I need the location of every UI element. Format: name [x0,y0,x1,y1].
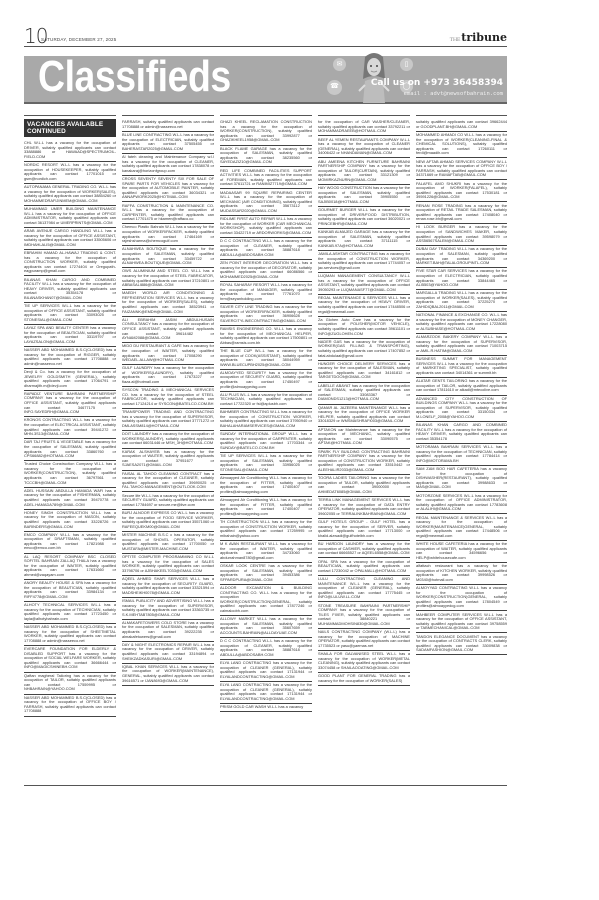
column-3: GHAZI KHEEL RECLAMATION CONSTRUCTION has… [220,115,312,790]
classified-ad: Devji & Co. has a vacancy for the occupa… [24,369,116,391]
classified-ad: NORDIC RESORT W.L.L has a vacancy for th… [24,162,116,184]
classified-ad: TRANSPOWER TRADING AND CONTRACTING has a… [122,409,214,431]
tribune-logo: THEtribune [450,31,507,44]
classified-ad: TERRA LINK MANAGEMENT SERVICES W.L.L has… [318,497,410,519]
classified-ad: MARGALLA TRADING W.L.L has a vacancy for… [416,290,507,312]
classified-ad: ALHOTY TECHNICAL SERVICES W.L.L has a va… [24,602,116,624]
classified-ad: TIE UP SERVICES W.L.L has a vacancy for … [24,303,116,325]
classified-ad: BLACK FLAME GARAGE has a vacancy for the… [220,146,312,168]
divider [220,115,312,116]
logo-prefix: THE [450,37,460,43]
classified-ad: RENAN ROSE TRADING has a vacancy for the… [416,202,507,224]
classified-ad: EBRAHIM HAMAD AL-HAWAJ TRADING & CONT. h… [24,250,116,277]
ad-list: suitably qualified applicants can contac… [416,119,507,655]
classified-ad: KARAK ALSHAYEB has a vacancy for the occ… [122,449,214,471]
classified-ad: RAPADIZ VENTURE BAHRAINI PARTNERSHIP COM… [24,391,116,418]
classified-ad: RIDLIME FIRST AUTO REPAIR W.L.L has a va… [220,216,312,238]
classified-ad: MOTORZONE SERVICES W.L.L has a vacancy f… [416,492,507,514]
classified-ad: ALMOYYAD CONTRACTING W.L.L has a vacancy… [416,585,507,612]
classified-ad: SYSCON TRADING & MECHANICAL SERVICES CO.… [122,387,214,409]
classified-ad: LULU CONTRACTING CLEANING AND MAINTENANC… [318,576,410,603]
classified-ad: ALMARZOOK BAKERY COMPANY W.L.L has a vac… [416,334,507,356]
classified-ad: alfattach restaurant has a vacancy for t… [416,563,507,585]
classified-ad: Almoayyed Air Conditioning W.L.L has a v… [220,497,312,519]
classified-ad: TH CONSTRUCTION W.L.L has a vacancy for … [220,519,312,541]
classified-ad: STONE TREASURE BAHRAINI PARTNERSHIP COMP… [318,602,410,629]
classified-ad: THE BLUE CUP W.L.L has a vacancy for the… [220,348,312,370]
classified-ad: NASSER ABD MOHAMMED B.S.C(CLOSED) has a … [24,695,116,717]
classified-ad: MOHAMMED AHMADI CO W.L.L has a vacancy f… [416,132,507,159]
envelope-icon: ✉ [333,58,346,71]
classified-ad: LAYAZ SPA AND BEAUTY CENTER has a vacanc… [24,325,116,347]
classified-ad: HUNGER CHOICE DELIVERY SERVICES has a va… [318,361,410,383]
classified-ad: RED LIFE COMBINED FACILITIES SUPPORT ACT… [220,167,312,189]
classified-ad: SHAILA FOR GALVANISED STEEL W.L.L has a … [318,651,410,673]
classified-ad: SAM ZAM BOO HAR CAFETERIA has a vacancy … [416,466,507,493]
classified-ad: NADER GAS has a vacancy for the occupati… [318,339,410,361]
classified-ad: EVERCARE FOUNDATION FOR ELDERLY & DISABL… [24,646,116,673]
page-header: 10 SATURDAY, DECEMBER 27, 2025 THEtribun… [24,28,507,47]
classified-ad: ABU AMEENA KITCHEN FURNITURE BAHRAINI PA… [318,158,410,185]
classified-ad: SPARK FLY BUILDING CONTRACTING BAHRAINI … [318,449,410,476]
classified-ad: GOOD PLANT FOR GENERAL TRADING has a vac… [318,673,410,686]
classified-ad: GULF HOTELS GROUP - GULF HOTEL has a vac… [318,519,410,541]
classified-ad: Qaftan magheral Tailoring has a vacancy … [24,673,116,695]
classified-ad: GOURMET BURGER W.L.L has a vacancy for t… [318,207,410,229]
ad-list: CHL W.L.L has a vacancy for the occupati… [24,140,116,717]
classified-ad: Al fateh cleaning and Maintenance Compan… [122,154,214,176]
classified-ad: ADEL HUSSAIN ABDULLA HAMADA WAFI has a v… [24,488,116,510]
classified-ad: RAFFA CONSTRUCTION & MAINTENANCE CO. W.L… [122,202,214,224]
classified-ad: M K AVAN RESTAURANT W.L.L has a vacancy … [220,541,312,563]
classified-ad: CROSS SEVENTY SEVENTY SIX FOR SALE OF SP… [122,176,214,203]
section-heading: VACANCIES AVAILABLE CONTINUED [24,119,116,137]
classified-ad: NAILS CONTRACTING COMPANY (W.L.L) has a … [318,629,410,651]
classified-ad: OPAL SPA has a vacancy for the occupatio… [318,558,410,575]
classified-ad: GULF LAUNDRY has a vacancy for the occup… [122,365,214,387]
classified-ad: SUNDAY INTERNATIONAL GROUP W.L.L has a v… [220,431,312,453]
logo-text: tribune [461,31,507,44]
classified-ad: AQEEL AHMED SHAFI SERVICES W.L.L has a v… [122,576,214,598]
classified-ad: TOORA LADIES TAILORING has a vacancy for… [318,475,410,497]
classified-ad: IQBAL KHAN SERVICES W.L.L has a vacancy … [122,664,214,686]
ad-list: GHAZI KHEEL RECLAMATION CONSTRUCTION has… [220,119,312,712]
classified-ad: RAMSIS ENGINEERING CO. W.L.L has a vacan… [220,326,312,348]
bottom-divider [24,785,507,786]
classified-ad: BURJ ALNOOR EXPRESS CO W.L.L has a vacan… [122,510,214,532]
divider [122,115,214,116]
classified-columns: VACANCIES AVAILABLE CONTINUED CHL W.L.L … [24,115,507,785]
classifieds-banner: Classifieds ✉ ☎ ▯ ◯ Call us on +973 3645… [24,56,507,104]
classified-ad: KANKAB ALMAJED GARAGE has a vacancy for … [318,229,410,251]
divider [416,115,507,116]
classified-ad: PRISM GOLD CAR WASH W.L.L has a vacancy [220,704,312,712]
classified-ad: BILANAS KHAN CARGO AND COMBINED FACILITY… [24,276,116,303]
classified-ad: WHITE HOUSE CAFETERIA has a vacancy for … [416,541,507,563]
classified-ad: Za Glohen Auto Care has a vacancy for th… [318,317,410,339]
classified-ad: NASSER ABD MOHAMMED B.S.C(CLOSED) has a … [24,347,116,369]
call-us-phone[interactable]: Call us on +973 36458394 [371,78,503,88]
column-1: VACANCIES AVAILABLE CONTINUED CHL W.L.L … [24,115,116,790]
classified-ad: Chemco Plastic Bahrain W.L.L has a vacan… [122,224,214,246]
classified-ad: LABELLE ABAYAT has a vacancy for the occ… [318,383,410,405]
classified-ad: BAHMBER CONTRACTING W.L.L has a vacancy … [220,409,312,431]
classified-ad: DUBAI DAY TRADING W.L.L has a vacancy fo… [416,246,507,268]
classified-ad: ROYAL SAHARAY RESORT W.L.L has a vacancy… [220,282,312,304]
classified-ad: NATIONAL FINANCE & EXCHANGE CO. W.L.L ha… [416,312,507,334]
classified-ad: Trusted Choice Construction Company W.L.… [24,461,116,488]
classified-ad: DAY & NIGHT ELECTRONICS REPAIR W.L.L has… [122,642,214,664]
classified-ad: FALAFEL AMO SHUKRI has a vacancy for the… [416,180,507,202]
classified-ad: HONEY SINGH CONSTRUCTION W.L.L has a vac… [24,510,116,532]
ad-list: for the occupation of CAR WASHER/CLEANER… [318,119,410,686]
page-number: 10 [24,24,47,48]
classified-ad: ALMOAYYED SECURITY has a vacancy for the… [220,370,312,392]
classified-ad: AUTOPANAMA GENERAL TRADING CO. W.L.L has… [24,184,116,206]
classified-ad: D C C CONTRACTING W.L.L has a vacancy fo… [220,638,312,660]
classified-ad: ALLOWY MARKET W.L.L has a vacancy for th… [220,616,312,638]
classified-ad: ALDOOR EXCAVATION & BUILDING CONTRACTING… [220,585,312,616]
classified-ad: HAY WOOD CONSTRUCTION has a vacancy for … [318,185,410,207]
classified-ad: MOTORAMA BAHRAIN SERVICES W.L.L has a va… [416,444,507,466]
classified-ad: Secure life W.L.L has a vacancy for the … [122,492,214,509]
classified-ad: OWS ALUMINIUM AND STEEL CO. W.L.L has a … [122,268,214,290]
classified-ad: MISTER MACHINE B.S.C c has a vacancy for… [122,532,214,554]
classified-ad: EMCO COMPANY W.L.L has a vacancy for the… [24,532,116,554]
woman-illustration-icon [357,51,391,103]
classified-ad: BEEF AL YEMEN RESTAURANTS COMPANY W.L.L … [318,136,410,158]
issue-date: SATURDAY, DECEMBER 27, 2025 [41,37,116,42]
classified-ad: TANDON ELEGANCE DOCUMENT has a vacancy f… [416,633,507,655]
classified-ad: BUSINESS SUMMIT FOR MANAGEMENT SERVICES … [416,356,507,378]
classified-ad: OSKAR LOOK CENTRE has a vacancy for the … [220,563,312,585]
classified-ad: MAEDH WORLD AIR CONDITIONING & REFRIGERA… [122,290,214,317]
ad-list: FARRASH, suitably qualified applicants c… [122,119,214,686]
classified-ad: SILVER CITY LINE TRADING has a vacancy f… [220,304,312,326]
classified-ad: APTAKON car Maintenance has a vacancy fo… [318,427,410,449]
classified-ad: MIDO DU RESTAURANT & CAFE has a vacancy … [122,343,214,365]
classified-ad: BLUE LINE CONTRACTING W.L.L has a vacanc… [122,132,214,154]
classified-ad: NASSER ABD MOHAMMED B.S.C(CLOSED) has a … [24,624,116,646]
classified-ad: ALMAKAFETOWERS COLD STORE has a vacancy … [122,620,214,642]
classified-ad: Almoayyed Air Conditioning W.L.L has a v… [220,475,312,497]
classified-ad: for the occupation of CAR WASHER/CLEANER… [318,119,410,136]
classified-ad: DOIT LAUNDRY has a vacancy for the occup… [122,431,214,448]
classified-ad: AL LAQ RESORT COMPANY BSC CLOSED SOFITEL… [24,554,116,581]
divider [318,115,410,116]
classified-ad: ZEN POINT INTERIOR DECORATION W.L.L has … [220,260,312,282]
classified-ad: HI LOOK BURGER has a vacancy for the occ… [416,224,507,246]
column-4: for the occupation of CAR WASHER/CLEANER… [318,115,410,790]
classified-ad: MUHAMMAD UMER BUILDING MAINTENANCE W.L.L… [24,206,116,228]
classified-ad: D C C CONTRACTING W.L.L has a vacancy fo… [220,238,312,260]
classified-ad: ARAB AVENUE CARGO HANDLING W.L.L has a v… [24,228,116,250]
classified-ad: OPTITE COMPUTER PROGRAMMING CO W.L.L has… [122,554,214,576]
classified-ad: QAMAR AL JAZEERA MAINTENANCE W.L.L has a… [318,405,410,427]
classified-ad: KRONOS CONTRACTING W.L.L has a vacancy f… [24,417,116,439]
classified-ad: LUQMAN MANAGEMENT CONSULTANCY W.L.L has … [318,273,410,295]
classified-ad: ALATAR GENTS TAILORING has a vacancy for… [416,378,507,395]
classified-ad: JAMILA ASHTAR CONTRACTING has a vacancy … [318,251,410,273]
mobile-icon: ▯ [400,58,413,71]
classified-ad: FARRASH, suitably qualified applicants c… [122,119,214,132]
advertising-email[interactable]: email : advt@newsofbahrain.com [404,91,503,97]
classified-ad: REGAL MAINTENANCE & SERVICES W.L.L has a… [318,295,410,317]
column-2: FARRASH, suitably qualified applicants c… [122,115,214,790]
column-5: suitably qualified applicants can contac… [416,115,507,790]
classified-ad: ALNAHWEA BOUTIQUE has a vacancy for the … [122,246,214,268]
classified-ad: DAR TAJ FRUITS & VEGETABLE has a vacancy… [24,439,116,461]
classified-ad: ISMAIL PUBLICITY AND ADVERTISING W.L.L h… [122,598,214,620]
classified-ad: MADAASAR 99 SQUIRE REPAIRING CENTER W.L.… [220,189,312,216]
divider [24,115,116,116]
classified-ad: ELYA LAND CONTRACTING has a vacancy for … [220,682,312,704]
classified-ad: MAHBEER COMPUTER SERVICES W.L.L has a va… [416,611,507,633]
classified-ad: ELYA LAND CONTRACTING has a vacancy for … [220,660,312,682]
classified-ad: NEW AFTAB AHMAD SERVICES COMPANY W.L.L h… [416,158,507,180]
classified-ad: suitably qualified applicants can contac… [416,119,507,132]
classified-ad: BU HARDON LAUNDRY has a vacancy for the … [318,541,410,558]
classified-ad: GHAZI KHEEL RECLAMATION CONSTRUCTION has… [220,119,312,146]
classified-ad: TIE UP SERVICES W.L.L has a vacancy for … [220,453,312,475]
classified-ad: CHL W.L.L has a vacancy for the occupati… [24,140,116,162]
classified-ad: BILANAS KHAN CARGO AND COMBINED FACILITY… [416,422,507,444]
classified-ad: ADVANCED CITY CONSTRUCTION OF BUILDINGS … [416,396,507,423]
banner-title: Classifieds [38,52,231,102]
classified-ad: ALU PLUS W.L.L has a vacancy for the occ… [220,392,312,409]
classified-ad: FAISAL AL TAHOO CLEANING CONTRACT has a … [122,471,214,493]
classified-ad: REGAL MAINTENANCE & SERVICES W.L.L has a… [416,514,507,541]
classified-ad: FIVE STAR CAR SERVICES has a vacancy for… [416,268,507,290]
classified-ad: ANORY BEAUTY HOUSE & SPA has a vacancy f… [24,580,116,602]
phone-icon: ☎ [327,80,342,95]
classified-ad: ALI EBRAHIM JASIM ABDULHUSAIN CONSULTANC… [122,317,214,344]
